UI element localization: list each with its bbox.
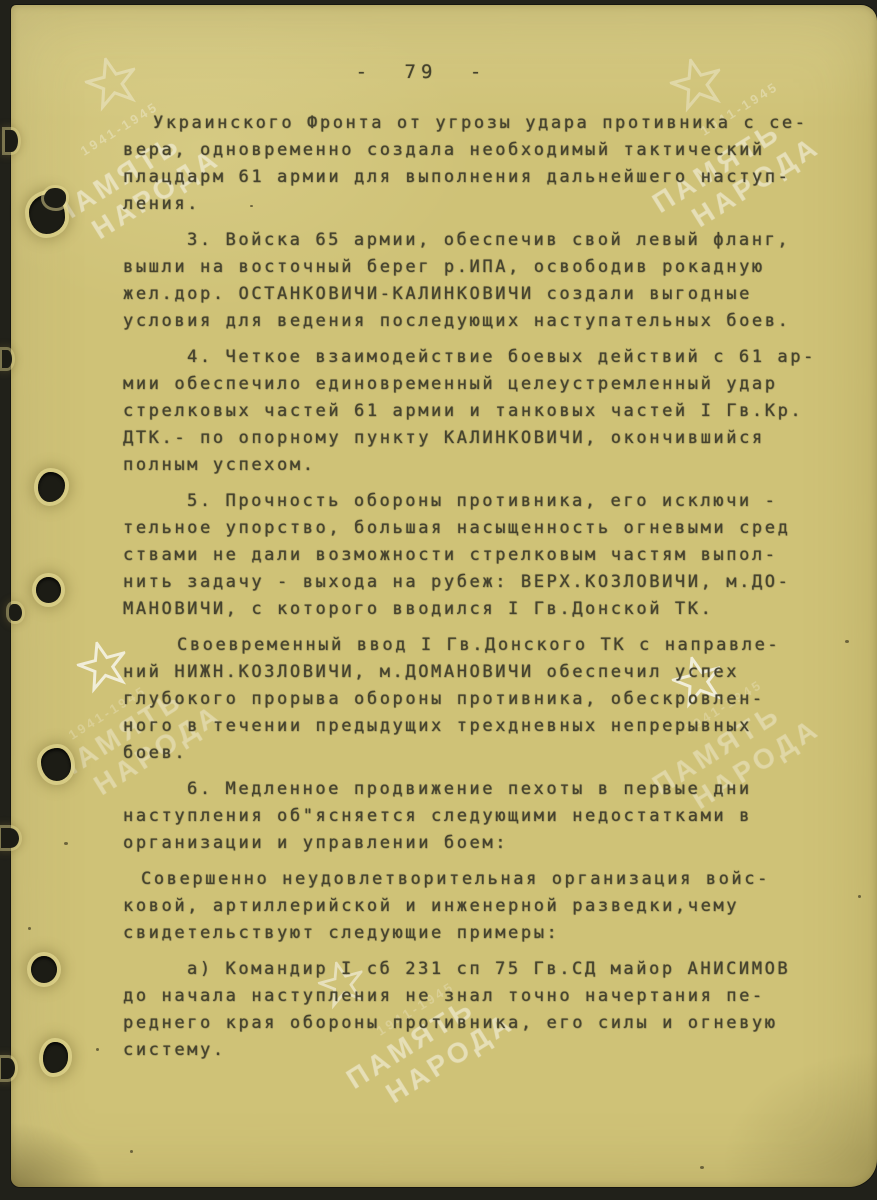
- paragraph-p7: Совершенно неудовлетворительная организа…: [123, 866, 823, 947]
- paragraph-p4: 4. Четкое взаимодействие боевых действий…: [123, 344, 823, 479]
- paragraph-p6: 6. Медленное продвижение пехоты в первые…: [123, 776, 823, 857]
- paper-speck: [700, 1166, 704, 1169]
- paper-speck: [64, 842, 68, 845]
- paragraph-p8a: а) Командир I сб 231 сп 75 Гв.СД майор А…: [123, 956, 823, 1064]
- scan-canvas: 1941-1945 ПАМЯТЬ НАРОДА 1941-1945 ПАМЯТЬ…: [0, 0, 877, 1200]
- paragraph-p1: Украинского Фронта от угрозы удара проти…: [123, 110, 823, 218]
- edge-tear: [9, 604, 22, 621]
- paper-speck: [845, 640, 849, 643]
- paper-speck: [96, 1048, 99, 1051]
- document-page: 1941-1945 ПАМЯТЬ НАРОДА 1941-1945 ПАМЯТЬ…: [11, 5, 877, 1187]
- paragraph-p3: 3. Войска 65 армии, обеспечив свой левый…: [123, 227, 823, 335]
- punch-hole: [44, 188, 66, 208]
- edge-tear: [5, 130, 18, 152]
- edge-tear: [2, 350, 12, 368]
- paper-speck: [250, 205, 253, 207]
- punch-hole: [41, 748, 71, 781]
- punch-hole: [31, 956, 57, 983]
- punch-hole: [36, 577, 61, 603]
- paragraph-p5: 5. Прочность обороны противника, его иск…: [123, 488, 823, 623]
- page-number: - 79 -: [11, 61, 831, 83]
- paper-speck: [130, 1150, 133, 1153]
- paper-speck: [858, 895, 861, 898]
- paper-speck: [28, 927, 31, 930]
- edge-tear: [1, 828, 19, 848]
- document-body: Украинского Фронта от угрозы удара проти…: [123, 110, 823, 1073]
- paragraph-p5a: Своевременный ввод I Гв.Донского ТК с на…: [123, 632, 823, 767]
